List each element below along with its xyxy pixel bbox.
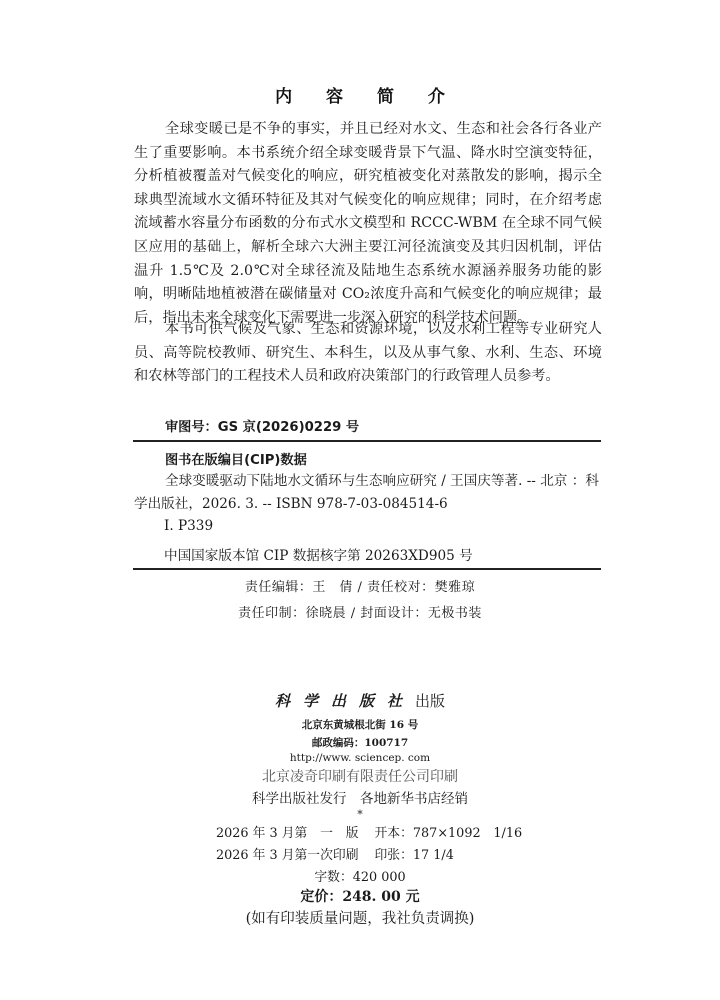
synopsis-text-2: 本书可供气候及气象、生态和资源环境，以及水利工程等专业研究人员、高等院校教师、研… (134, 318, 602, 389)
cip-entry-text: 全球变暖驱动下陆地水文循环与生态响应研究 / 王国庆等著. -- 北京 ：科学出… (134, 470, 602, 516)
editor-credits: 责任编辑：王 倩 / 责任校对：樊雅琼 (0, 576, 720, 595)
exchange-note: (如有印装质量问题，我社负责调换) (0, 907, 720, 928)
production-credits: 责任印制：徐晓晨 / 封面设计：无极书装 (0, 602, 720, 621)
cip-entry: 全球变暖驱动下陆地水文循环与生态响应研究 / 王国庆等著. -- 北京 ：科学出… (134, 470, 602, 516)
printed-sheets: 印张：17 1/4 (375, 848, 454, 863)
publisher-name: 科学出版社出版 (0, 690, 720, 711)
cip-data-number: 中国国家版本馆 CIP 数据核字第 20263XD905 号 (164, 544, 473, 564)
edition-row-2: 2026 年 3 月第一次印刷印张：17 1/4 (216, 844, 454, 863)
edition-row-1: 2026 年 3 月第 一 版开本：787×1092 1/16 (216, 822, 522, 841)
publisher-suffix: 出版 (415, 692, 445, 710)
divider-top (133, 440, 601, 442)
publisher-website: http://www. sciencep. com (0, 752, 720, 764)
printer-name: 北京凌奇印刷有限责任公司印刷 (0, 766, 720, 786)
price: 定价：248. 00 元 (0, 886, 720, 906)
separator-asterisk: * (0, 808, 720, 821)
page-title: 内 容 简 介 (0, 82, 720, 107)
synopsis-paragraph-2: 本书可供气候及气象、生态和资源环境，以及水利工程等专业研究人员、高等院校教师、研… (134, 318, 602, 389)
copyright-page: 内 容 简 介 全球变暖已是不争的事实，并且已经对水文、生态和社会各行各业产生了… (0, 0, 720, 1000)
cip-classification: Ⅰ. P339 (164, 518, 213, 534)
synopsis-text-1: 全球变暖已是不争的事实，并且已经对水文、生态和社会各行各业产生了重要影响。本书系… (134, 118, 602, 330)
publisher-calligraphy-logo: 科学出版社 (275, 692, 415, 710)
edition-date: 2026 年 3 月第 一 版 (216, 826, 359, 841)
publisher-postcode: 邮政编码：100717 (0, 735, 720, 750)
map-review-number: 审图号：GS 京(2026)0229 号 (165, 416, 359, 435)
print-date: 2026 年 3 月第一次印刷 (216, 848, 359, 863)
publisher-address: 北京东黄城根北街 16 号 (0, 717, 720, 732)
word-count: 字数：420 000 (0, 866, 720, 885)
cip-heading: 图书在版编目(CIP)数据 (165, 449, 307, 468)
divider-bottom (133, 568, 601, 570)
distribution-info: 科学出版社发行 各地新华书店经销 (0, 787, 720, 807)
synopsis-paragraph-1: 全球变暖已是不争的事实，并且已经对水文、生态和社会各行各业产生了重要影响。本书系… (134, 118, 602, 330)
book-format: 开本：787×1092 1/16 (375, 826, 523, 841)
